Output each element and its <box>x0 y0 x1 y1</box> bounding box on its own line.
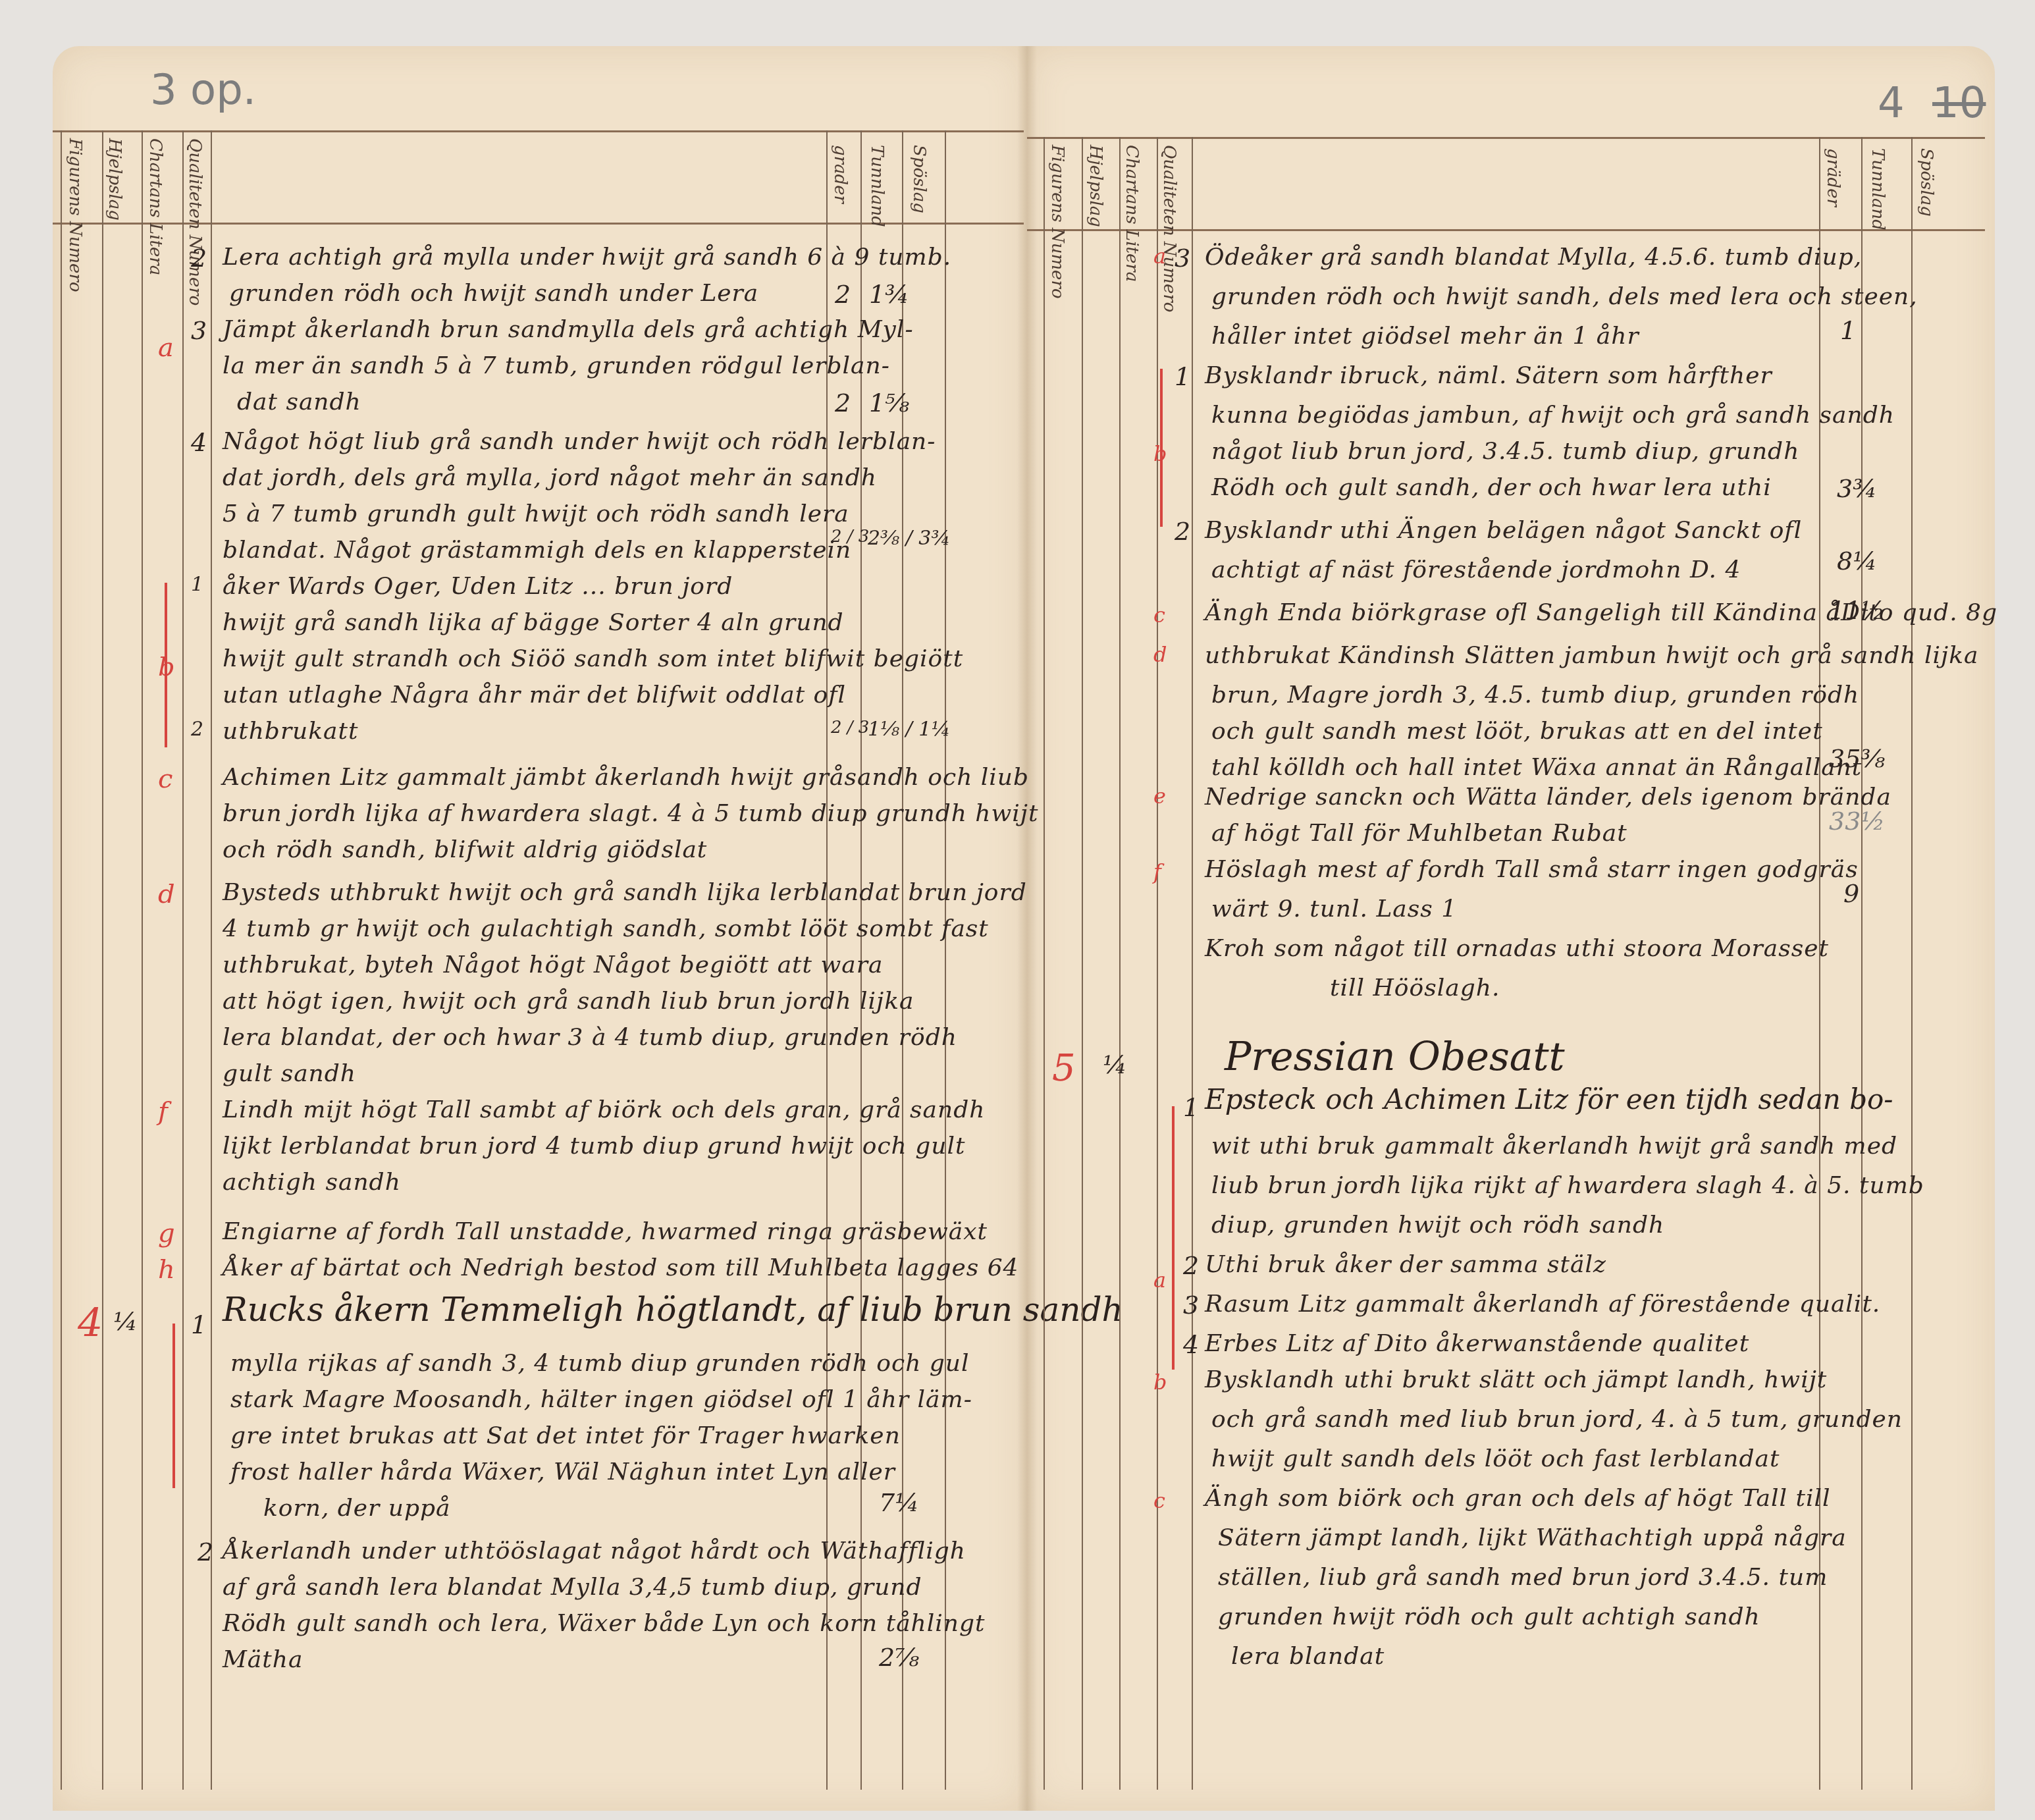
tunnland-value: 1⅛ / 1¼ <box>868 718 951 741</box>
left-header-top-rule <box>53 130 1024 132</box>
qualiteten-number: 1 <box>1175 362 1190 391</box>
entry-line: till Hööslagh. <box>1330 975 1500 1002</box>
entry-line: lera blandat <box>1231 1643 1385 1670</box>
qualiteten-number: 4 <box>1183 1330 1199 1359</box>
entry-line: hwijt gult sandh dels lööt och fast lerb… <box>1211 1445 1780 1472</box>
entry-line: Erbes Litz af Dito åkerwanstående qualit… <box>1205 1330 1749 1357</box>
right-folio-struck-number: 10 <box>1932 79 1986 128</box>
entry-line: Achimen Litz gammalt jämbt åkerlandh hwi… <box>223 764 1029 791</box>
tunnland-value: 1 <box>1840 316 1856 345</box>
entry-line: kunna begiödas jambun, af hwijt och grå … <box>1211 402 1895 429</box>
entry-line: gre intet brukas att Sat det intet för T… <box>230 1422 901 1449</box>
chart-litera-marker: a <box>158 333 174 363</box>
right-col-rule <box>1861 137 1863 1790</box>
grader-value: 2 / 3 <box>831 718 869 737</box>
header-hjelpslag: Hjelpslag <box>105 138 123 221</box>
header-chartans-litera: Chartans Litera <box>1123 145 1140 282</box>
entry-line: wit uthi bruk gammalt åkerlandh hwijt gr… <box>1211 1133 1897 1160</box>
entry-line: Rödh och gult sandh, der och hwar lera u… <box>1211 474 1772 501</box>
qualiteten-number: 3 <box>1183 1291 1199 1320</box>
entry-line: något liub brun jord, 3.4.5. tumb diup, … <box>1211 438 1799 465</box>
tunnland-value: 1⅝ <box>869 388 909 417</box>
chart-litera-marker: b <box>1153 1370 1167 1395</box>
qualiteten-number: 3 <box>191 316 207 345</box>
entry-line: Lera achtigh grå mylla under hwijt grå s… <box>223 244 951 271</box>
entry-line: att högt igen, hwijt och grå sandh liub … <box>223 988 914 1015</box>
tunnland-value: 3¾ <box>1837 474 1877 503</box>
red-bracket <box>1172 1106 1175 1370</box>
chart-litera-marker: h <box>158 1254 175 1285</box>
red-bracket <box>172 1324 175 1488</box>
left-col-rule <box>182 130 184 1790</box>
entry-line: Bysklandr uthi Ängen belägen något Sanck… <box>1205 517 1802 544</box>
left-col-rule <box>61 130 62 1790</box>
header-chartans-litera: Chartans Litera <box>146 138 164 275</box>
right-col-rule <box>1119 137 1121 1790</box>
grader-value: 2 / 3 <box>831 527 869 547</box>
hjelpslag-value: ¼ <box>113 1307 138 1336</box>
tunnland-value-pencil: 33½ <box>1829 807 1885 836</box>
entry-line: stark Magre Moosandh, hälter ingen giöds… <box>230 1386 972 1413</box>
section-title: Pressian Obesatt <box>1225 1034 1565 1080</box>
entry-line: uthbrukat Kändinsh Slätten jambun hwijt … <box>1205 642 1978 669</box>
entry-line: 5 à 7 tumb grundh gult hwijt och rödh sa… <box>223 500 849 527</box>
entry-line: Bysklandr ibruck, näml. Sätern som hårft… <box>1205 362 1772 389</box>
entry-line: Åkerlandh under uthtööslagat något hårdt… <box>223 1538 966 1565</box>
page-gutter <box>1017 46 1037 1811</box>
tunnland-value: 11½ <box>1829 596 1885 625</box>
entry-line: wärt 9. tunl. Lass 1 <box>1211 896 1457 923</box>
entry-line: achtigt af näst förestående jordmohn D. … <box>1211 556 1741 583</box>
entry-line: Rasum Litz gammalt åkerlandh af föreståe… <box>1205 1291 1880 1318</box>
chart-litera-marker: b <box>158 652 175 682</box>
entry-line: brun, Magre jordh 3, 4.5. tumb diup, gru… <box>1211 682 1859 709</box>
entry-line: Kroh som något till ornadas uthi stoora … <box>1205 935 1829 962</box>
entry-line: Ödeåker grå sandh blandat Mylla, 4.5.6. … <box>1205 244 1862 271</box>
entry-line: 4 tumb gr hwijt och gulachtigh sandh, so… <box>223 915 989 942</box>
entry-line: grunden rödh och hwijt sandh, dels med l… <box>1211 283 1918 310</box>
entry-line: utan utlaghe Några åhr mär det blifwit o… <box>223 682 846 709</box>
entry-line: uthbrukat, byteh Något högt Något begiöt… <box>223 951 883 978</box>
header-sposlag: Spöslag <box>1917 148 1935 217</box>
section-hjelpslag: ¼ <box>1103 1050 1127 1079</box>
qualiteten-number: 4 <box>191 428 207 457</box>
tunnland-value: 8¼ <box>1837 547 1877 575</box>
entry-line: Sätern jämpt landh, lijkt Wäthachtigh up… <box>1218 1524 1847 1551</box>
right-col-rule <box>1044 137 1045 1790</box>
qualiteten-number: 3 <box>1175 244 1190 273</box>
chart-litera-marker: c <box>1153 602 1165 628</box>
qualiteten-number: 1 <box>1183 1093 1199 1122</box>
entry-line: Ängh som biörk och gran och dels af högt… <box>1205 1485 1831 1512</box>
entry-line: och gult sandh mest lööt, brukas att en … <box>1211 718 1823 745</box>
left-folio-number: 3 op. <box>150 66 256 115</box>
entry-line: hwijt gult strandh och Siöö sandh som in… <box>223 645 963 672</box>
entry-line: la mer än sandh 5 à 7 tumb, grunden rödg… <box>223 352 890 379</box>
chart-litera-marker: e <box>1153 784 1166 809</box>
entry-line: Engiarne af fordh Tall unstadde, hwarmed… <box>223 1218 988 1245</box>
entry-line: Epsteck och Achimen Litz för een tijdh s… <box>1205 1083 1893 1115</box>
tunnland-value: 2⅞ <box>879 1643 919 1672</box>
entry-line: håller intet giödsel mehr än 1 åhr <box>1211 323 1639 350</box>
entry-line: brun jordh lijka af hwardera slagt. 4 à … <box>223 800 1038 827</box>
section-figure-number: 5 <box>1052 1047 1076 1090</box>
figure-number: 4 <box>78 1300 103 1347</box>
entry-line: Åker af bärtat och Nedrigh bestod som ti… <box>223 1254 1018 1281</box>
right-col-rule <box>1911 137 1913 1790</box>
entry-line: och grå sandh med liub brun jord, 4. à 5… <box>1211 1406 1903 1433</box>
header-grader: gräder <box>1824 148 1841 207</box>
entry-line: dat sandh <box>237 388 361 415</box>
entry-line: och rödh sandh, blifwit aldrig giödslat <box>223 836 707 863</box>
entry-line: Något högt liub grå sandh under hwijt oc… <box>223 428 936 455</box>
right-col-rule <box>1192 137 1193 1790</box>
qualiteten-number: 2 <box>1183 1251 1199 1280</box>
chart-litera-marker: b <box>1153 441 1167 466</box>
entry-line: Mätha <box>223 1646 303 1673</box>
entry-line: dat jordh, dels grå mylla, jord något me… <box>223 464 877 491</box>
right-col-rule <box>1157 137 1158 1790</box>
chart-litera-marker: d <box>1153 642 1167 667</box>
entry-line: grunden rödh och hwijt sandh under Lera <box>229 280 758 307</box>
tunnland-value: 1¾ <box>869 280 909 309</box>
header-figurens-numero: Figurens Numero <box>1048 145 1066 299</box>
qualiteten-number: 2 <box>1175 517 1190 546</box>
entry-line: Bysklandh uthi brukt slätt och jämpt lan… <box>1205 1366 1827 1393</box>
entry-line: Jämpt åkerlandh brun sandmylla dels grå … <box>223 316 914 343</box>
chart-litera-marker: c <box>1153 1488 1165 1513</box>
entry-line: korn, der uppå <box>263 1495 451 1522</box>
grader-value: 2 <box>835 280 851 309</box>
entry-line: Nedrige sanckn och Wätta länder, dels ig… <box>1205 784 1891 811</box>
entry-line: åker Wards Oger, Uden Litz ... brun jord <box>223 573 733 600</box>
entry-line: frost haller hårda Wäxer, Wäl Näghun int… <box>230 1459 895 1485</box>
qualiteten-number: 2 <box>191 718 203 741</box>
qualiteten-number: 1 <box>191 573 203 596</box>
entry-line: uthbrukatt <box>223 718 359 745</box>
header-qualiteten-numero: Qualiteten Numero <box>1160 145 1178 313</box>
entry-line: gult sandh <box>223 1060 356 1087</box>
chart-litera-marker: a <box>1153 1268 1166 1293</box>
header-hjelpslag: Hjelpslag <box>1086 145 1104 227</box>
chart-litera-marker: c <box>158 764 172 794</box>
entry-line: af högt Tall för Muhlbetan Rubat <box>1211 820 1627 847</box>
header-sposlag: Spöslag <box>910 145 928 213</box>
left-col-rule <box>102 130 103 1790</box>
entry-line: Lindh mijt högt Tall sambt af biörk och … <box>223 1096 985 1123</box>
tunnland-value: 35⅜ <box>1829 744 1885 773</box>
right-folio-number: 4 <box>1878 79 1905 128</box>
entry-line: liub brun jordh lijka rijkt af hwardera … <box>1211 1172 1924 1199</box>
entry-line: af grå sandh lera blandat Mylla 3,4,5 tu… <box>223 1574 922 1601</box>
entry-line: achtigh sandh <box>223 1169 401 1196</box>
chart-litera-marker: a <box>1153 244 1166 269</box>
tunnland-value: 2⅜ / 3¾ <box>868 527 951 550</box>
entry-line: Rödh gult sandh och lera, Wäxer både Lyn… <box>223 1610 986 1637</box>
qualiteten-number: 2 <box>198 1538 213 1566</box>
header-grader: grader <box>831 145 849 203</box>
header-qualiteten-numero: Qualiteten Numero <box>186 138 203 306</box>
entry-line: Uthi bruk åker der samma stälz <box>1205 1251 1606 1278</box>
entry-line: Bysteds uthbrukt hwijt och grå sandh lij… <box>223 879 1027 906</box>
right-col-rule <box>1082 137 1083 1790</box>
entry-line: hwijt grå sandh lijka af bägge Sorter 4 … <box>223 609 844 636</box>
entry-line: blandat. Något grästammigh dels en klapp… <box>223 537 851 564</box>
chart-litera-marker: f <box>1153 859 1161 884</box>
chart-litera-marker: d <box>158 879 175 909</box>
chart-litera-marker: f <box>158 1096 168 1127</box>
header-tunnland: Tunnland <box>868 145 885 227</box>
qualiteten-number: 1 <box>191 1310 207 1339</box>
entry-line: mylla rijkas af sandh 3, 4 tumb diup gru… <box>230 1350 970 1377</box>
qualiteten-number: 2 <box>191 244 207 273</box>
entry-line: grunden hwijt rödh och gult achtigh sand… <box>1218 1603 1760 1630</box>
header-tunnland: Tunnland <box>1868 148 1886 230</box>
tunnland-value: 9 <box>1843 879 1859 908</box>
entry-line: ställen, liub grå sandh med brun jord 3.… <box>1218 1564 1828 1591</box>
entry-line: lera blandat, der och hwar 3 à 4 tumb di… <box>223 1024 957 1051</box>
left-col-rule <box>142 130 143 1790</box>
entry-line: Rucks åkern Temmeligh högtlandt, af liub… <box>223 1291 1123 1329</box>
tunnland-value: 7¼ <box>879 1488 919 1517</box>
entry-line: tahl kölldh och hall intet Wäxa annat än… <box>1211 754 1862 781</box>
chart-litera-marker: g <box>158 1218 175 1248</box>
header-figurens-numero: Figurens Numero <box>66 138 84 292</box>
entry-line: lijkt lerblandat brun jord 4 tumb diup g… <box>223 1133 965 1160</box>
entry-line: diup, grunden hwijt och rödh sandh <box>1211 1212 1664 1239</box>
right-header-top-rule <box>1027 137 1985 139</box>
grader-value: 2 <box>835 388 851 417</box>
entry-line: Höslagh mest af fordh Tall små starr ing… <box>1205 856 1859 883</box>
